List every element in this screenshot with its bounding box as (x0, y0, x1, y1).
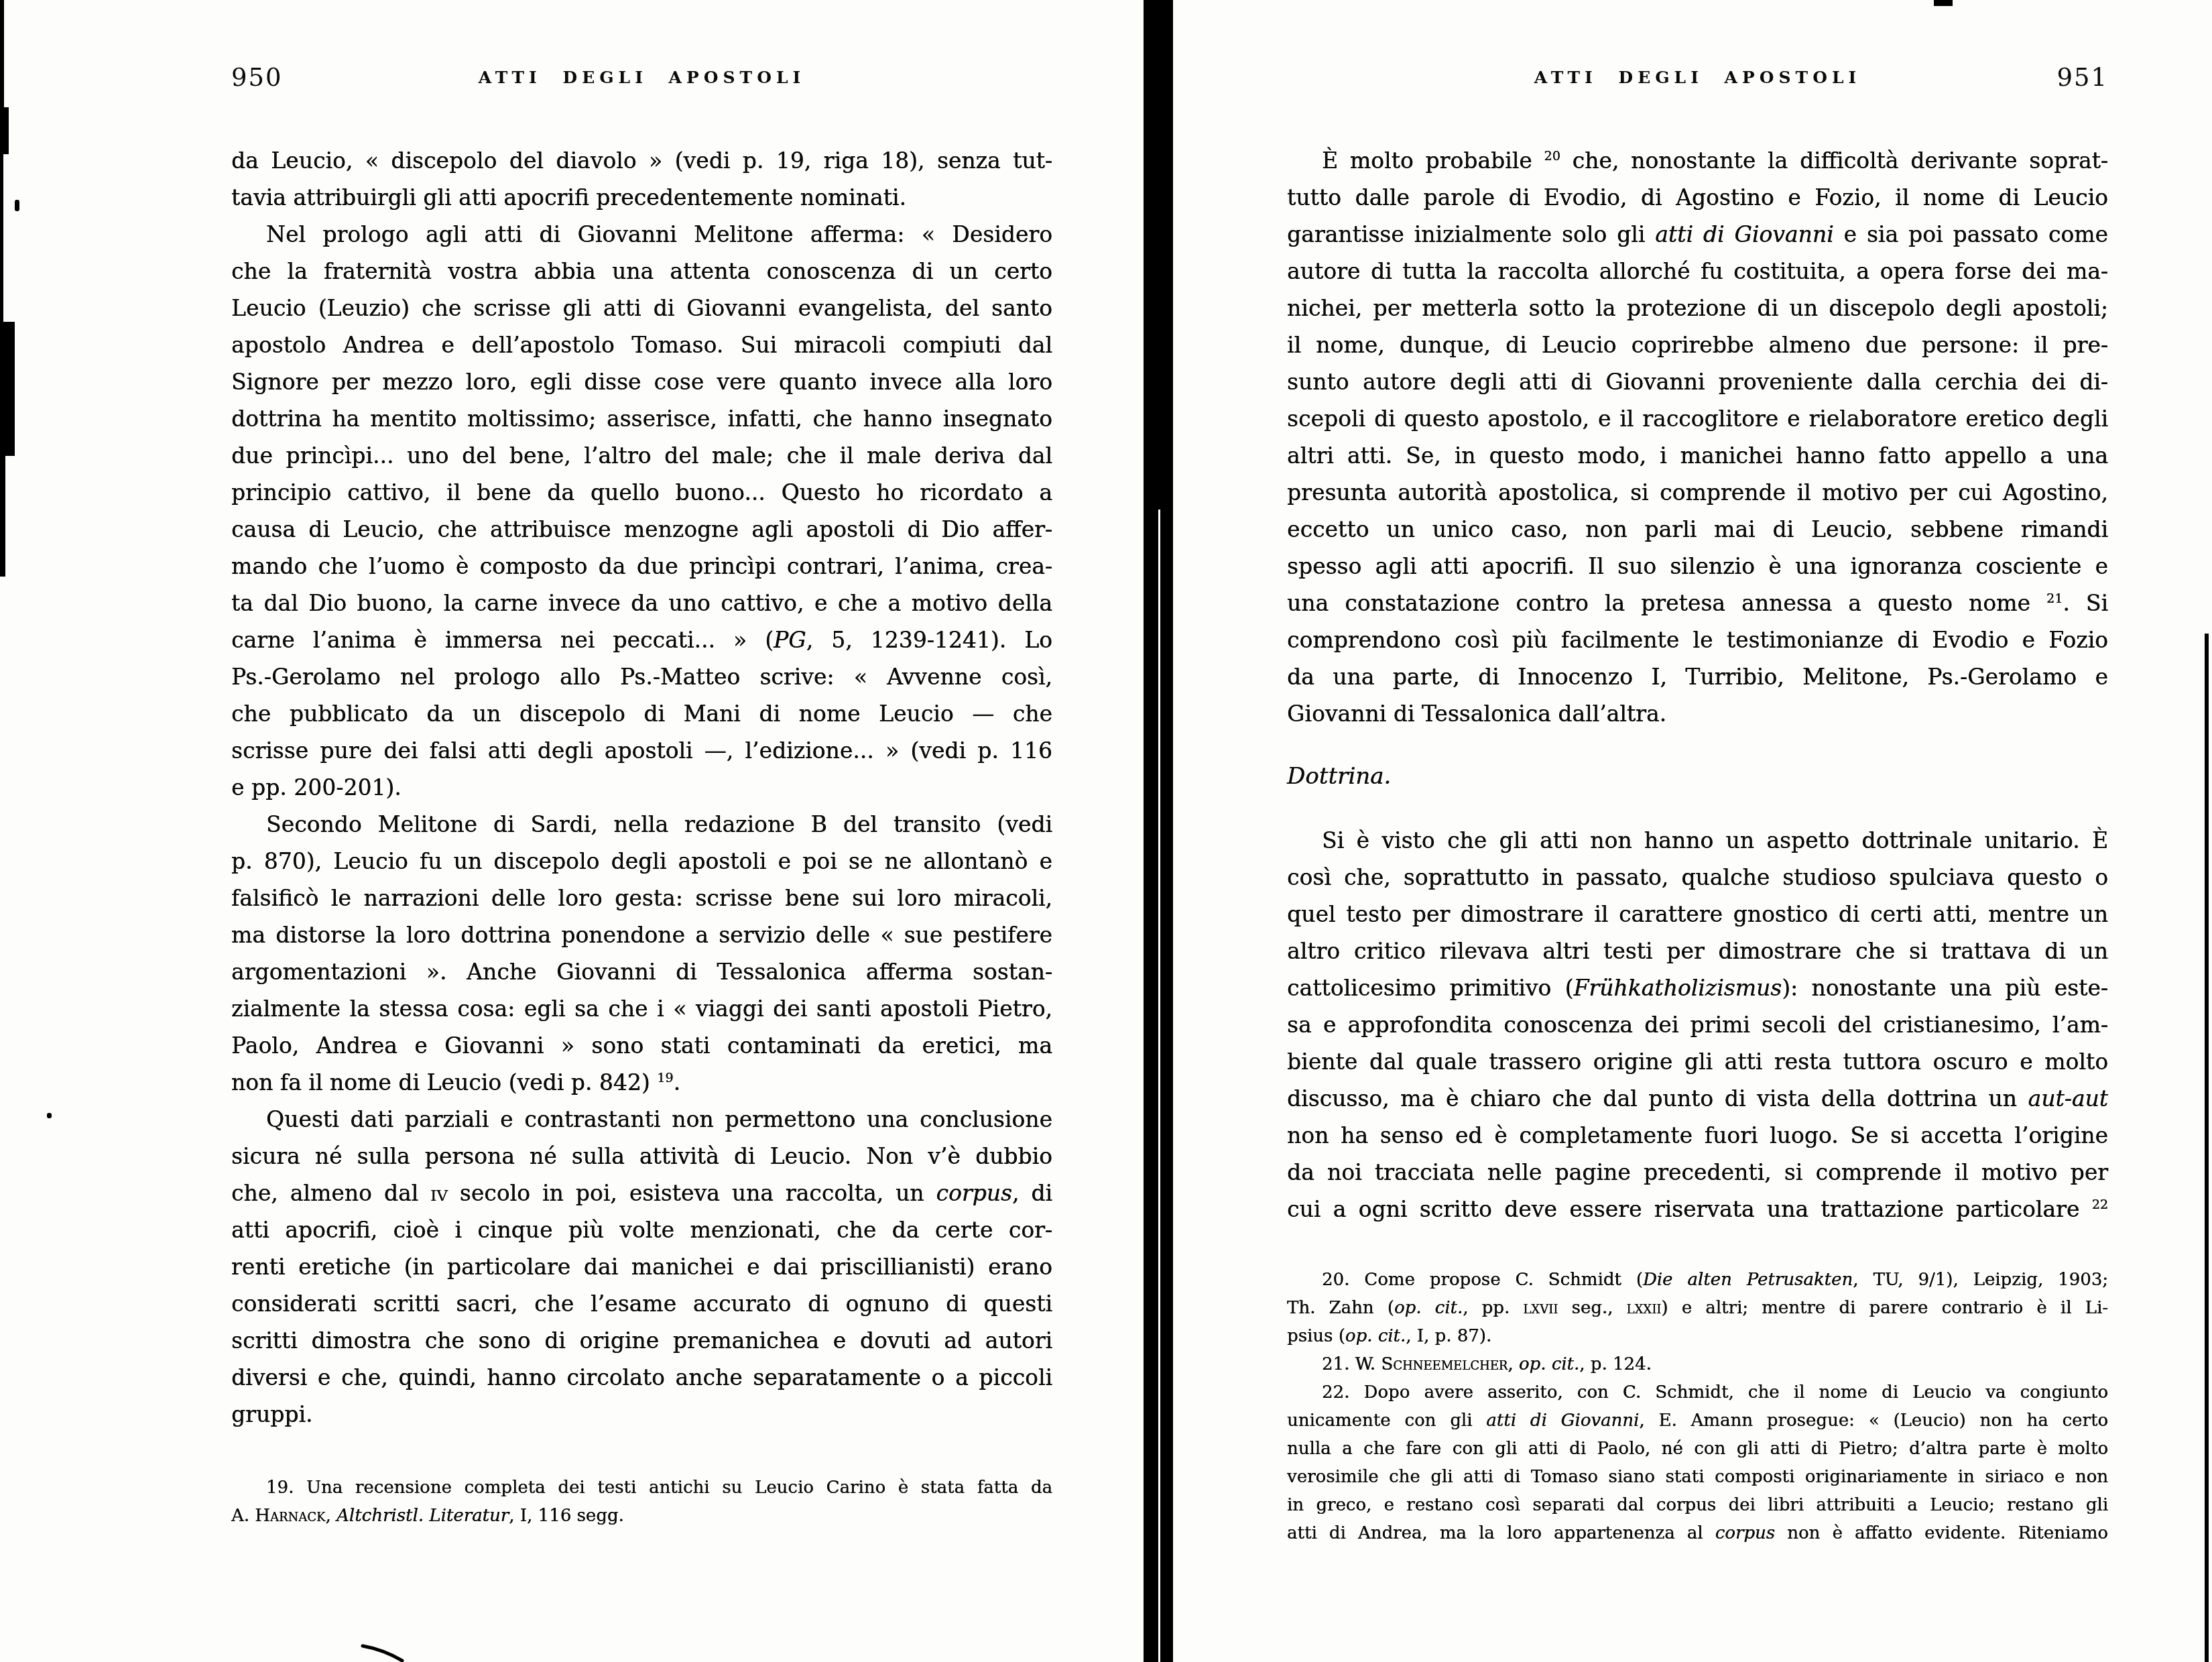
text-line: atti apocrifi, cioè i cinque più volte m… (231, 1211, 1052, 1248)
left-page-number: 950 (231, 62, 283, 94)
text-line: 20. Come propose C. Schmidt (Die alten P… (1287, 1266, 2108, 1294)
right-page-body: È molto probabile 20 che, nonostante la … (1287, 142, 2108, 732)
text-line: mando che l’uomo è composto da due princ… (231, 548, 1052, 585)
scan-left-edge-mark (0, 107, 9, 154)
text-line: garantisse inizialmente solo gli atti di… (1287, 216, 2108, 253)
text-line: ma distorse la loro dottrina ponendone a… (231, 916, 1052, 953)
text-line: Leucio (Leuzio) che scrisse gli atti di … (231, 290, 1052, 327)
left-page-footnotes: 19. Una recensione completa dei testi an… (231, 1474, 1052, 1530)
text-line: Paolo, Andrea e Giovanni » sono stati co… (231, 1027, 1052, 1064)
text-line: da Leucio, « discepolo del diavolo » (ve… (231, 142, 1052, 179)
text-line: che pubblicato da un discepolo di Mani d… (231, 695, 1052, 732)
scan-page-curl-mark (361, 1641, 408, 1662)
text-line: apostolo Andrea e dell’apostolo Tomaso. … (231, 327, 1052, 363)
text-line: da una parte, di Innocenzo I, Turribio, … (1287, 658, 2108, 695)
text-line: biente dal quale trassero origine gli at… (1287, 1043, 2108, 1080)
text-line: da noi tracciata nelle pagine precedenti… (1287, 1154, 2108, 1191)
scan-gutter-bar (1144, 0, 1173, 1662)
text-line: non ha senso ed è completamente fuori lu… (1287, 1117, 2108, 1154)
text-line: atti di Andrea, ma la loro appartenenza … (1287, 1519, 2108, 1547)
text-line: cui a ogni scritto deve essere riservata… (1287, 1191, 2108, 1228)
text-line: che, almeno dal iv secolo in poi, esiste… (231, 1175, 1052, 1211)
left-page-header: 950 ATTI DEGLI APOSTOLI (231, 62, 1052, 94)
text-line: considerati scritti sacri, che l’esame a… (231, 1285, 1052, 1322)
text-line: altri atti. Se, in questo modo, i manich… (1287, 437, 2108, 474)
text-line: eccetto un unico caso, non parli mai di … (1287, 511, 2108, 548)
text-line: p. 870), Leucio fu un discepolo degli ap… (231, 843, 1052, 880)
text-line: tavia attribuirgli gli atti apocrifi pre… (231, 179, 1052, 216)
right-page-header: ATTI DEGLI APOSTOLI 951 (1287, 62, 2108, 94)
text-line: così che, soprattutto in passato, qualch… (1287, 859, 2108, 896)
text-line: principio cattivo, il bene da quello buo… (231, 474, 1052, 511)
text-line: causa di Leucio, che attribuisce menzogn… (231, 511, 1052, 548)
scan-left-edge-mark (0, 322, 15, 456)
text-line: Giovanni di Tessalonica dall’altra. (1287, 695, 2108, 732)
text-line: tutto dalle parole di Evodio, di Agostin… (1287, 179, 2108, 216)
section-heading-dottrina: Dottrina. (1287, 762, 1391, 791)
scan-right-edge-line (2205, 634, 2209, 1662)
text-line: carne l’anima è immersa nei peccati... »… (231, 621, 1052, 658)
text-line: unicamente con gli atti di Giovanni, E. … (1287, 1407, 2108, 1435)
text-line: scepoli di questo apostolo, e il raccogl… (1287, 400, 2108, 437)
text-line: gruppi. (231, 1396, 1052, 1433)
text-line: Signore per mezzo loro, egli disse cose … (231, 363, 1052, 400)
text-line: sunto autore degli atti di Giovanni prov… (1287, 363, 2108, 400)
text-line: sa e approfondita conoscenza dei primi s… (1287, 1006, 2108, 1043)
scan-left-edge-mark (0, 456, 5, 577)
text-line: 19. Una recensione completa dei testi an… (231, 1474, 1052, 1502)
text-line: presunta autorità apostolica, si compren… (1287, 474, 2108, 511)
text-line: comprendono così più facilmente le testi… (1287, 621, 2108, 658)
text-line: altro critico rilevava altri testi per d… (1287, 933, 2108, 969)
text-line: sicura né sulla persona né sulla attivit… (231, 1138, 1052, 1175)
right-page-footnotes: 20. Come propose C. Schmidt (Die alten P… (1287, 1266, 2108, 1547)
left-running-title: ATTI DEGLI APOSTOLI (231, 62, 1052, 94)
text-line: Nel prologo agli atti di Giovanni Melito… (231, 216, 1052, 253)
text-line: Secondo Melitone di Sardi, nella redazio… (231, 806, 1052, 843)
text-line: e pp. 200-201). (231, 769, 1052, 806)
text-line: discusso, ma è chiaro che dal punto di v… (1287, 1080, 2108, 1117)
text-line: quel testo per dimostrare il carattere g… (1287, 896, 2108, 933)
text-line: argomentazioni ». Anche Giovanni di Tess… (231, 953, 1052, 990)
text-line: che la fraternità vostra abbia una atten… (231, 253, 1052, 290)
scan-top-edge-mark (1934, 0, 1953, 6)
scan-left-edge-mark (0, 154, 3, 322)
text-line: Si è visto che gli atti non hanno un asp… (1287, 822, 2108, 859)
text-line: falsificò le narrazioni delle loro gesta… (231, 880, 1052, 916)
text-line: scritti dimostra che sono di origine pre… (231, 1322, 1052, 1359)
text-line: psius (op. cit., I, p. 87). (1287, 1322, 2108, 1350)
scan-speck (47, 1113, 52, 1118)
text-line: zialmente la stessa cosa: egli sa che i … (231, 990, 1052, 1027)
scan-speck (15, 200, 19, 211)
text-line: renti eretiche (in particolare dai manic… (231, 1248, 1052, 1285)
text-line: verosimile che gli atti di Tomaso siano … (1287, 1463, 2108, 1491)
text-line: 22. Dopo avere asserito, con C. Schmidt,… (1287, 1378, 2108, 1407)
text-line: scrisse pure dei falsi atti degli aposto… (231, 732, 1052, 769)
text-line: in greco, e restano così separati dal co… (1287, 1491, 2108, 1519)
text-line: Questi dati parziali e contrastanti non … (231, 1101, 1052, 1138)
text-line: nichei, per metterla sotto la protezione… (1287, 290, 2108, 327)
scanned-book-spread: 950 ATTI DEGLI APOSTOLI da Leucio, « dis… (0, 0, 2212, 1662)
text-line: A. Harnack, Altchristl. Literatur, I, 11… (231, 1502, 1052, 1530)
text-line: Ps.-Gerolamo nel prologo allo Ps.-Matteo… (231, 658, 1052, 695)
right-running-title: ATTI DEGLI APOSTOLI (1287, 62, 2108, 94)
scan-left-edge-mark (0, 0, 4, 107)
text-line: due princìpi... uno del bene, l’altro de… (231, 437, 1052, 474)
text-line: il nome, dunque, di Leucio coprirebbe al… (1287, 327, 2108, 363)
scan-gutter-highlight (1158, 510, 1160, 1662)
text-line: 21. W. Schneemelcher, op. cit., p. 124. (1287, 1350, 2108, 1378)
right-page-body-continued: Si è visto che gli atti non hanno un asp… (1287, 822, 2108, 1228)
text-line: È molto probabile 20 che, nonostante la … (1287, 142, 2108, 179)
text-line: nulla a che fare con gli atti di Paolo, … (1287, 1435, 2108, 1463)
text-line: Th. Zahn (op. cit., pp. lxvii seg., lxxi… (1287, 1294, 2108, 1322)
text-line: diversi e che, quindi, hanno circolato a… (231, 1359, 1052, 1396)
text-line: non fa il nome di Leucio (vedi p. 842) 1… (231, 1064, 1052, 1101)
text-line: autore di tutta la raccolta allorché fu … (1287, 253, 2108, 290)
left-page-body: da Leucio, « discepolo del diavolo » (ve… (231, 142, 1052, 1433)
text-line: spesso agli atti apocrifi. Il suo silenz… (1287, 548, 2108, 585)
text-line: ta dal Dio buono, la carne invece da uno… (231, 585, 1052, 621)
text-line: cattolicesimo primitivo (Frühkatholizism… (1287, 969, 2108, 1006)
right-page-number: 951 (2056, 62, 2108, 94)
text-line: dottrina ha mentito moltissimo; asserisc… (231, 400, 1052, 437)
text-line: una constatazione contro la pretesa anne… (1287, 585, 2108, 621)
